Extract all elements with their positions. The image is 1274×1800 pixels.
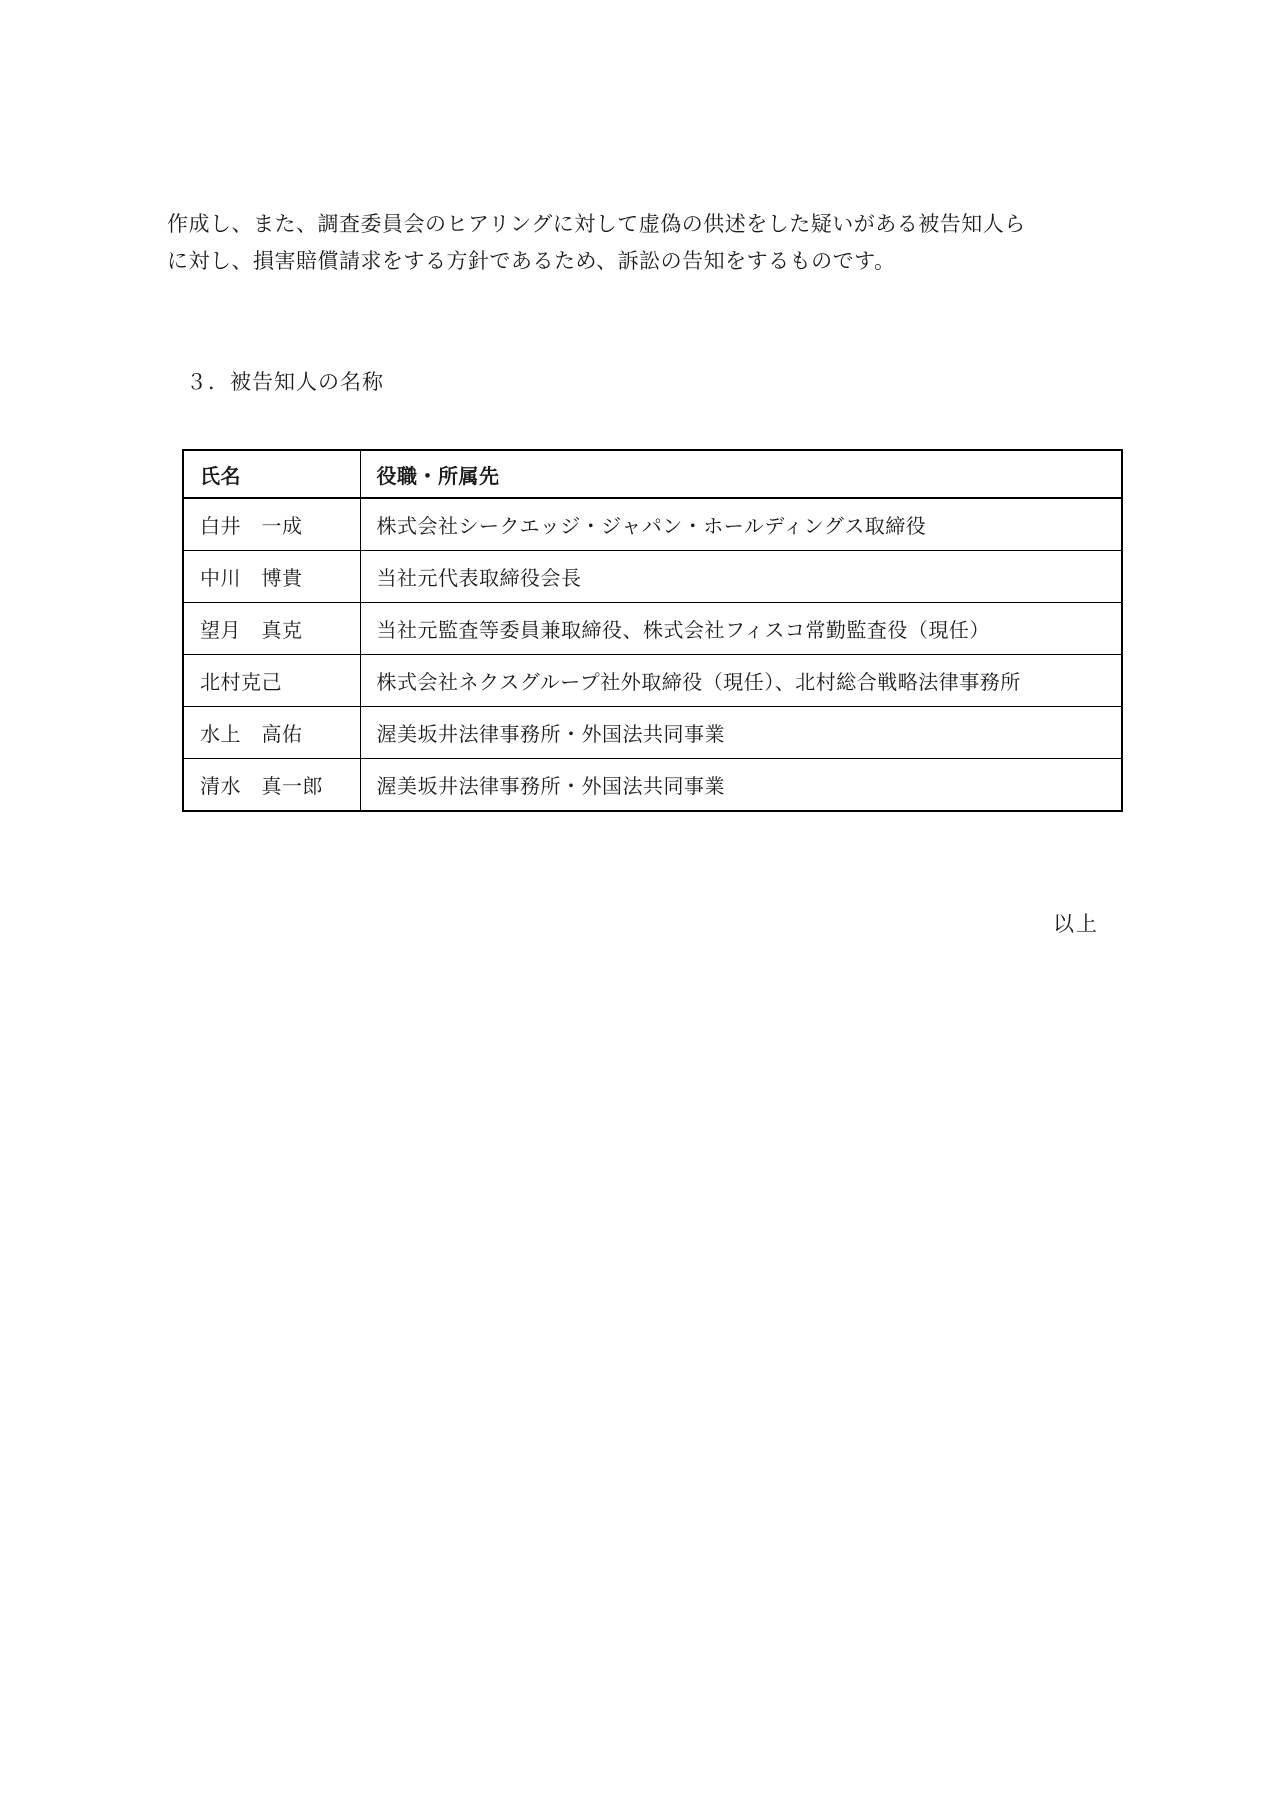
role-cell: 当社元代表取締役会長 (360, 551, 1122, 603)
name-cell: 白井 一成 (183, 498, 360, 551)
name-cell: 清水 真一郎 (183, 759, 360, 812)
table-row: 水上 高佑 渥美坂井法律事務所・外国法共同事業 (183, 707, 1122, 759)
role-cell: 株式会社シークエッジ・ジャパン・ホールディングス取締役 (360, 498, 1122, 551)
table-header-role: 役職・所属先 (360, 450, 1122, 498)
table-row: 望月 真克 当社元監査等委員兼取締役、株式会社フィスコ常勤監査役（現任） (183, 603, 1122, 655)
section-heading: ３．被告知人の名称 (186, 366, 384, 396)
name-cell: 中川 博貴 (183, 551, 360, 603)
name-cell: 北村克己 (183, 655, 360, 707)
table-header-row: 氏名 役職・所属先 (183, 450, 1122, 498)
document-page: { "page": { "paragraph_lines": [ "作成し、また… (0, 0, 1274, 1800)
closing-text: 以上 (1053, 908, 1099, 938)
role-cell: 渥美坂井法律事務所・外国法共同事業 (360, 759, 1122, 812)
table-header-name: 氏名 (183, 450, 360, 498)
body-paragraph: 作成し、また、調査委員会のヒアリングに対して虚偽の供述をした疑いがある被告知人ら… (167, 206, 1127, 280)
role-cell: 当社元監査等委員兼取締役、株式会社フィスコ常勤監査役（現任） (360, 603, 1122, 655)
table-row: 北村克己 株式会社ネクスグループ社外取締役（現任）、北村総合戦略法律事務所 (183, 655, 1122, 707)
name-cell: 水上 高佑 (183, 707, 360, 759)
role-cell: 株式会社ネクスグループ社外取締役（現任）、北村総合戦略法律事務所 (360, 655, 1122, 707)
name-cell: 望月 真克 (183, 603, 360, 655)
table-row: 清水 真一郎 渥美坂井法律事務所・外国法共同事業 (183, 759, 1122, 812)
paragraph-line-2: に対し、損害賠償請求をする方針であるため、訴訟の告知をするものです。 (167, 243, 1127, 280)
table-row: 白井 一成 株式会社シークエッジ・ジャパン・ホールディングス取締役 (183, 498, 1122, 551)
paragraph-line-1: 作成し、また、調査委員会のヒアリングに対して虚偽の供述をした疑いがある被告知人ら (167, 206, 1127, 243)
table-row: 中川 博貴 当社元代表取締役会長 (183, 551, 1122, 603)
role-cell: 渥美坂井法律事務所・外国法共同事業 (360, 707, 1122, 759)
recipients-table: 氏名 役職・所属先 白井 一成 株式会社シークエッジ・ジャパン・ホールディングス… (182, 449, 1123, 812)
